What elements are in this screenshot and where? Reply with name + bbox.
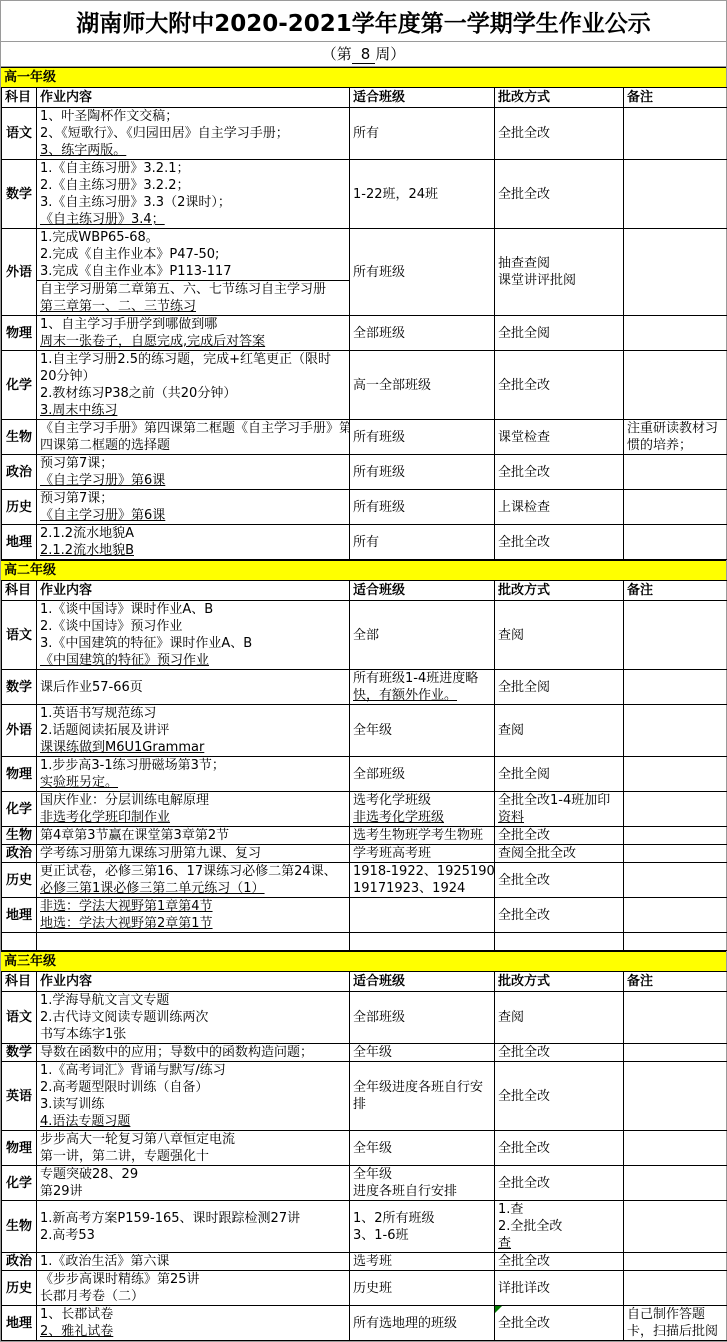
text-line: 全批全改: [495, 1175, 623, 1192]
text-line: 全批全改: [495, 1088, 623, 1105]
subject-cell: 政治: [2, 455, 37, 490]
subject-cell: 英语: [2, 1062, 37, 1131]
column-header: 适合班级: [350, 581, 495, 601]
text-line: 课堂检查: [495, 429, 623, 446]
table-row: 政治1.《政治生活》第六课选考班全批全改: [2, 1253, 727, 1271]
text-line: 查阅全批全改: [495, 845, 623, 862]
grade-sections: 高一年级科目作业内容适合班级批改方式备注语文1、叶圣陶杯作文交稿；2、《短歌行》…: [1, 67, 726, 1341]
text-line: 注重研读教材习: [624, 420, 727, 437]
homework-content-cell: 1、自主学习手册学到哪做到哪周末一张卷子，自愿完成,完成后对答案: [37, 316, 350, 351]
homework-content-cell: [37, 933, 350, 951]
text-line: 全年级: [350, 1044, 494, 1061]
note-cell: [624, 1131, 727, 1166]
table-row: 地理非选：学法大视野第1章第4节地选：学法大视野第2章第1节全批全改: [2, 898, 727, 933]
table-row: 化学1.自主学习册2.5的练习题，完成+红笔更正（限时20分钟）2.教材练习P3…: [2, 351, 727, 420]
classes-cell: 所有班级: [350, 490, 495, 525]
text-line: 1、叶圣陶杯作文交稿；: [37, 108, 349, 125]
text-line: 预习第7课；: [37, 490, 349, 507]
table-row: 数学导数在函数中的应用；导数中的函数构造问题；全年级全批全改: [2, 1044, 727, 1062]
classes-cell: 所有班级: [350, 455, 495, 490]
comment-flag-icon: [495, 1306, 502, 1313]
table-row: 化学国庆作业：分层训练电解原理非选考化学班印制作业选考化学班级非选考化学班级全批…: [2, 792, 727, 827]
content-block: 1.自主学习册2.5的练习题，完成+红笔更正（限时20分钟）2.教材练习P38之…: [37, 351, 349, 419]
note-cell: [624, 827, 727, 845]
text-line: 2.教材练习P38之前（共20分钟）: [37, 385, 349, 402]
text-line: 高一全部班级: [350, 377, 494, 394]
subject-cell: 地理: [2, 898, 37, 933]
text-line: 全批全改: [495, 464, 623, 481]
classes-cell: 全部: [350, 601, 495, 670]
text-line: 第29讲: [37, 1183, 349, 1200]
classes-cell: 所有: [350, 525, 495, 560]
text-line: 全批全改: [495, 827, 623, 844]
text-line: 全批全改: [495, 1315, 623, 1332]
text-line: 学考班高考班: [350, 845, 494, 862]
homework-content-cell: 国庆作业：分层训练电解原理非选考化学班印制作业: [37, 792, 350, 827]
text-line: 全批全改: [495, 1253, 623, 1270]
content-block: 1、叶圣陶杯作文交稿；2、《短歌行》、《归园田居》自主学习手册；3、练字两版。: [37, 108, 349, 159]
classes-cell: 全部班级: [350, 757, 495, 792]
classes-cell: 高一全部班级: [350, 351, 495, 420]
subject-cell: 语文: [2, 108, 37, 160]
subject-cell: 外语: [2, 705, 37, 757]
text-line: 自己制作答题: [624, 1306, 727, 1323]
text-line: 详批详改: [495, 1280, 623, 1297]
subject-cell: 历史: [2, 490, 37, 525]
table-row: [2, 933, 727, 951]
text-line: 3.《中国建筑的特征》课时作业A、B: [37, 635, 349, 652]
classes-cell: 全年级: [350, 705, 495, 757]
text-line: 全年级: [350, 1166, 494, 1183]
text-line: 进度各班自行安排: [350, 1183, 494, 1200]
classes-cell: 所有班级: [350, 420, 495, 455]
column-header: 科目: [2, 88, 37, 108]
text-line: 1.查: [495, 1201, 623, 1218]
text-line: 课堂讲评批阅: [495, 272, 623, 289]
text-line: 2.高考53: [37, 1227, 349, 1244]
text-line: 全批全改: [495, 186, 623, 203]
text-line: 排: [350, 1096, 494, 1113]
text-line: 1.《谈中国诗》课时作业A、B: [37, 601, 349, 618]
grading-cell: 全批全改: [495, 863, 624, 898]
classes-cell: 选考化学班级非选考化学班级: [350, 792, 495, 827]
content-block: 1、长郡试卷2、雅礼试卷: [37, 1306, 349, 1340]
grading-cell: 全批全改: [495, 827, 624, 845]
content-block: 2.1.2流水地貌A2.1.2流水地貌B: [37, 525, 349, 559]
classes-cell: 全部班级: [350, 316, 495, 351]
note-cell: [624, 1271, 727, 1306]
text-line: 所有班级: [350, 264, 494, 281]
subject-cell: 政治: [2, 1253, 37, 1271]
text-line: 查: [495, 1235, 623, 1252]
text-line: 19171923、1924: [350, 880, 494, 897]
table-row: 生物1.新高考方案P159-165、课时跟踪检测27讲2.高考531、2所有班级…: [2, 1201, 727, 1253]
content-block: 非选：学法大视野第1章第4节地选：学法大视野第2章第1节: [37, 898, 349, 932]
classes-cell: 所有班级1-4班进度略快，有额外作业。: [350, 670, 495, 705]
note-cell: [624, 1253, 727, 1271]
page-subtitle: （第8周）: [1, 42, 726, 67]
table-row: 地理1、长郡试卷2、雅礼试卷所有选地理的班级全批全改自己制作答题卡，扫描后批阅: [2, 1306, 727, 1341]
grading-cell: 全批全改: [495, 1131, 624, 1166]
text-line: 《自主练习册》3.4；: [37, 211, 349, 228]
text-line: 学考练习册第九课练习册第九课、复习: [37, 845, 349, 862]
text-line: 全批全改: [495, 872, 623, 889]
note-cell: [624, 525, 727, 560]
column-header: 备注: [624, 581, 727, 601]
text-line: 全批全阅: [495, 679, 623, 696]
text-line: 《中国建筑的特征》预习作业: [37, 652, 349, 669]
subtitle-prefix: （第: [322, 45, 352, 63]
text-line: 全批全阅: [495, 325, 623, 342]
text-line: 2.全批全改: [495, 1218, 623, 1235]
text-line: 上课检查: [495, 499, 623, 516]
content-block: 导数在函数中的应用；导数中的函数构造问题；: [37, 1044, 349, 1061]
content-block: 1.《自主练习册》3.2.1；2.《自主练习册》3.2.2；3.《自主练习册》3…: [37, 160, 349, 228]
text-line: 1.自主学习册2.5的练习题，完成+红笔更正（限时: [37, 351, 349, 368]
text-line: 卡，扫描后批阅: [624, 1323, 727, 1340]
table-row: 物理1.步步高3-1练习册磁场第3节；实验班另定。全部班级全批全阅: [2, 757, 727, 792]
classes-cell: 所有班级: [350, 229, 495, 316]
text-line: 查阅: [495, 1009, 623, 1026]
text-line: 1、自主学习手册学到哪做到哪: [37, 316, 349, 333]
column-header: 适合班级: [350, 88, 495, 108]
text-line: 全批全改: [495, 534, 623, 551]
text-line: 查阅: [495, 722, 623, 739]
grading-cell: 查阅: [495, 705, 624, 757]
homework-content-cell: 1、叶圣陶杯作文交稿；2、《短歌行》、《归园田居》自主学习手册；3、练字两版。: [37, 108, 350, 160]
text-line: 1.《自主练习册》3.2.1；: [37, 160, 349, 177]
text-line: 1918-1922、19251901-: [350, 863, 494, 880]
text-line: 3.读写训练: [37, 1096, 349, 1113]
text-line: 实验班另定。: [37, 774, 349, 791]
note-cell: [624, 863, 727, 898]
homework-content-cell: 1.《高考词汇》背诵与默写/练习2.高考题型限时训练（自备）3.读写训练4.语法…: [37, 1062, 350, 1131]
text-line: 更正试卷，必修三第16、17课练习必修二第24课、: [37, 863, 349, 880]
homework-content-cell: 1.学海导航文言文专题2.古代诗文阅读专题训练两次书写本练字1张: [37, 992, 350, 1044]
homework-content-cell: 《步步高课时精练》第25讲长郡月考卷（二）: [37, 1271, 350, 1306]
homework-content-cell: 1.自主学习册2.5的练习题，完成+红笔更正（限时20分钟）2.教材练习P38之…: [37, 351, 350, 420]
classes-cell: 1、2所有班级3、1-6班: [350, 1201, 495, 1253]
grading-cell: 全批全阅: [495, 757, 624, 792]
text-line: 3、练字两版。: [37, 142, 349, 159]
content-block: 1.《政治生活》第六课: [37, 1253, 349, 1270]
homework-content-cell: 非选：学法大视野第1章第4节地选：学法大视野第2章第1节: [37, 898, 350, 933]
subject-cell: 数学: [2, 160, 37, 229]
text-line: 第三章第一、二、三节练习: [37, 298, 349, 315]
homework-content-cell: 1.新高考方案P159-165、课时跟踪检测27讲2.高考53: [37, 1201, 350, 1253]
subtitle-suffix: 周）: [375, 45, 405, 63]
content-block: 《步步高课时精练》第25讲长郡月考卷（二）: [37, 1271, 349, 1305]
grading-cell: 全批全改: [495, 898, 624, 933]
note-cell: 自己制作答题卡，扫描后批阅: [624, 1306, 727, 1341]
note-cell: [624, 792, 727, 827]
text-line: 必修三第1课必修三第二单元练习（1）: [37, 880, 349, 897]
text-line: 1.《高考词汇》背诵与默写/练习: [37, 1062, 349, 1079]
content-block: 学考练习册第九课练习册第九课、复习: [37, 845, 349, 862]
text-line: 快，有额外作业。: [350, 687, 494, 704]
table-row: 英语1.《高考词汇》背诵与默写/练习2.高考题型限时训练（自备）3.读写训练4.…: [2, 1062, 727, 1131]
content-block: 1、自主学习手册学到哪做到哪周末一张卷子，自愿完成,完成后对答案: [37, 316, 349, 350]
text-line: 导数在函数中的应用；导数中的函数构造问题；: [37, 1044, 349, 1061]
table-row: 语文1.学海导航文言文专题2.古代诗文阅读专题训练两次书写本练字1张全部班级查阅: [2, 992, 727, 1044]
text-line: 所有班级1-4班进度略: [350, 670, 494, 687]
text-line: 1.步步高3-1练习册磁场第3节；: [37, 757, 349, 774]
text-line: 全部班级: [350, 1009, 494, 1026]
note-cell: [624, 933, 727, 951]
column-header-row: 科目作业内容适合班级批改方式备注: [2, 581, 727, 601]
text-line: 全批全改: [495, 377, 623, 394]
column-header: 备注: [624, 88, 727, 108]
note-cell: [624, 992, 727, 1044]
subject-cell: 数学: [2, 670, 37, 705]
content-block: 1.学海导航文言文专题2.古代诗文阅读专题训练两次书写本练字1张: [37, 992, 349, 1043]
content-block: 步步高大一轮复习第八章恒定电流第一讲，第二讲，专题强化十: [37, 1131, 349, 1165]
note-cell: [624, 757, 727, 792]
table-row: 语文1.《谈中国诗》课时作业A、B2.《谈中国诗》预习作业3.《中国建筑的特征》…: [2, 601, 727, 670]
grading-cell: 查阅全批全改: [495, 845, 624, 863]
table-row: 地理2.1.2流水地貌A2.1.2流水地貌B所有全批全改: [2, 525, 727, 560]
section-table-高三年级: 科目作业内容适合班级批改方式备注语文1.学海导航文言文专题2.古代诗文阅读专题训…: [1, 971, 727, 1341]
table-row: 语文1、叶圣陶杯作文交稿；2、《短歌行》、《归园田居》自主学习手册；3、练字两版…: [2, 108, 727, 160]
text-line: 2.高考题型限时训练（自备）: [37, 1079, 349, 1096]
text-line: 惯的培养；: [624, 437, 727, 454]
table-row: 外语1.完成WBP65-68。2.完成《自主作业本》P47-50;3.完成《自主…: [2, 229, 727, 316]
homework-content-cell: 1.英语书写规范练习2.话题阅读拓展及讲评课课练做到M6U1Grammar: [37, 705, 350, 757]
table-row: 生物第4章第3节赢在课堂第3章第2节选考生物班学考生物班全批全改: [2, 827, 727, 845]
subject-cell: 地理: [2, 1306, 37, 1341]
column-header: 作业内容: [37, 972, 350, 992]
text-line: 资料: [495, 809, 623, 826]
homework-content-cell: 课后作业57-66页: [37, 670, 350, 705]
text-line: 课后作业57-66页: [37, 679, 349, 696]
note-cell: [624, 455, 727, 490]
text-line: 1.学海导航文言文专题: [37, 992, 349, 1009]
classes-cell: [350, 898, 495, 933]
text-line: 全年级: [350, 1140, 494, 1157]
grading-cell: 全批全改: [495, 351, 624, 420]
content-block: 自主学习册第二章第五、六、七节练习自主学习册第三章第一、二、三节练习: [37, 280, 349, 315]
homework-content-cell: 1.《自主练习册》3.2.1；2.《自主练习册》3.2.2；3.《自主练习册》3…: [37, 160, 350, 229]
grading-cell: 全批全改: [495, 1062, 624, 1131]
subject-cell: [2, 933, 37, 951]
table-row: 历史预习第7课；《自主学习册》第6课所有班级上课检查: [2, 490, 727, 525]
text-line: 所有班级: [350, 464, 494, 481]
column-header: 批改方式: [495, 581, 624, 601]
homework-content-cell: 1.步步高3-1练习册磁场第3节；实验班另定。: [37, 757, 350, 792]
content-block: 1.步步高3-1练习册磁场第3节；实验班另定。: [37, 757, 349, 791]
text-line: 《自主学习册》第6课: [37, 507, 349, 524]
content-block: 1.英语书写规范练习2.话题阅读拓展及讲评课课练做到M6U1Grammar: [37, 705, 349, 756]
text-line: 3.周末中练习: [37, 402, 349, 419]
note-cell: [624, 898, 727, 933]
grading-cell: 全批全改: [495, 1306, 624, 1341]
text-line: 1-22班，24班: [350, 186, 494, 203]
text-line: 第一讲，第二讲，专题强化十: [37, 1148, 349, 1165]
homework-content-cell: 预习第7课；《自主学习册》第6课: [37, 490, 350, 525]
classes-cell: 全年级进度各班自行安排: [350, 1166, 495, 1201]
note-cell: [624, 670, 727, 705]
grading-cell: 全批全改: [495, 1166, 624, 1201]
subject-cell: 外语: [2, 229, 37, 316]
note-cell: [624, 845, 727, 863]
subject-cell: 物理: [2, 757, 37, 792]
homework-content-cell: 预习第7课；《自主学习册》第6课: [37, 455, 350, 490]
text-line: 课课练做到M6U1Grammar: [37, 739, 349, 756]
section-table-高一年级: 科目作业内容适合班级批改方式备注语文1、叶圣陶杯作文交稿；2、《短歌行》、《归园…: [1, 87, 727, 560]
grading-cell: 全批全阅: [495, 670, 624, 705]
grading-cell: 全批全改1-4班加印资料: [495, 792, 624, 827]
text-line: 全批全改: [495, 907, 623, 924]
note-cell: [624, 601, 727, 670]
note-cell: [624, 229, 727, 316]
text-line: 所有班级: [350, 429, 494, 446]
text-line: 2.完成《自主作业本》P47-50;: [37, 246, 349, 263]
text-line: 步步高大一轮复习第八章恒定电流: [37, 1131, 349, 1148]
text-line: 专题突破28、29: [37, 1166, 349, 1183]
text-line: 1、2所有班级: [350, 1210, 494, 1227]
content-block: 课后作业57-66页: [37, 679, 349, 696]
text-line: 2.《自主练习册》3.2.2；: [37, 177, 349, 194]
homework-content-cell: 2.1.2流水地貌A2.1.2流水地貌B: [37, 525, 350, 560]
column-header-row: 科目作业内容适合班级批改方式备注: [2, 88, 727, 108]
subject-cell: 化学: [2, 1166, 37, 1201]
text-line: 长郡月考卷（二）: [37, 1288, 349, 1305]
table-row: 政治预习第7课；《自主学习册》第6课所有班级全批全改: [2, 455, 727, 490]
note-cell: [624, 316, 727, 351]
homework-content-cell: 导数在函数中的应用；导数中的函数构造问题；: [37, 1044, 350, 1062]
column-header-row: 科目作业内容适合班级批改方式备注: [2, 972, 727, 992]
text-line: 1.英语书写规范练习: [37, 705, 349, 722]
text-line: 全批全改: [495, 125, 623, 142]
content-block: 《自主学习手册》第四课第二框题《自主学习手册》第四课第二框题的选择题: [37, 420, 349, 454]
content-block: 专题突破28、29第29讲: [37, 1166, 349, 1200]
grading-cell: 全批全改: [495, 1044, 624, 1062]
text-line: 2.《谈中国诗》预习作业: [37, 618, 349, 635]
text-line: 2、雅礼试卷: [37, 1323, 349, 1340]
classes-cell: 所有: [350, 108, 495, 160]
column-header: 备注: [624, 972, 727, 992]
text-line: 全年级进度各班自行安: [350, 1079, 494, 1096]
note-cell: [624, 351, 727, 420]
note-cell: [624, 1062, 727, 1131]
grading-cell: 抽查查阅课堂讲评批阅: [495, 229, 624, 316]
text-line: 全批全改: [495, 1140, 623, 1157]
text-line: 3.完成《自主作业本》P113-117: [37, 263, 349, 280]
text-line: 自主学习册第二章第五、六、七节练习自主学习册: [37, 281, 349, 298]
text-line: 四课第二框题的选择题: [37, 437, 349, 454]
classes-cell: 全部班级: [350, 992, 495, 1044]
text-line: 所有: [350, 534, 494, 551]
text-line: 所有班级: [350, 499, 494, 516]
table-row: 历史更正试卷，必修三第16、17课练习必修二第24课、必修三第1课必修三第二单元…: [2, 863, 727, 898]
text-line: 20分钟）: [37, 368, 349, 385]
table-row: 数学1.《自主练习册》3.2.1；2.《自主练习册》3.2.2；3.《自主练习册…: [2, 160, 727, 229]
subject-cell: 数学: [2, 1044, 37, 1062]
text-line: 《步步高课时精练》第25讲: [37, 1271, 349, 1288]
homework-content-cell: 1、长郡试卷2、雅礼试卷: [37, 1306, 350, 1341]
classes-cell: 1-22班，24班: [350, 160, 495, 229]
text-line: 选考化学班级: [350, 792, 494, 809]
table-row: 外语1.英语书写规范练习2.话题阅读拓展及讲评课课练做到M6U1Grammar全…: [2, 705, 727, 757]
subject-cell: 地理: [2, 525, 37, 560]
homework-content-cell: 学考练习册第九课练习册第九课、复习: [37, 845, 350, 863]
grading-cell: 详批详改: [495, 1271, 624, 1306]
text-line: 4.语法专题习题: [37, 1113, 349, 1130]
text-line: 1.新高考方案P159-165、课时跟踪检测27讲: [37, 1210, 349, 1227]
homework-content-cell: 《自主学习手册》第四课第二框题《自主学习手册》第四课第二框题的选择题: [37, 420, 350, 455]
page-title: 湖南师大附中2020-2021学年度第一学期学生作业公示: [1, 1, 726, 42]
column-header: 适合班级: [350, 972, 495, 992]
homework-content-cell: 1.完成WBP65-68。2.完成《自主作业本》P47-50;3.完成《自主作业…: [37, 229, 350, 316]
table-row: 数学课后作业57-66页所有班级1-4班进度略快，有额外作业。全批全阅: [2, 670, 727, 705]
section-header-高三年级: 高三年级: [1, 951, 726, 972]
classes-cell: 1918-1922、19251901-19171923、1924: [350, 863, 495, 898]
subject-cell: 化学: [2, 792, 37, 827]
text-line: 第4章第3节赢在课堂第3章第2节: [37, 827, 349, 844]
section-header-高二年级: 高二年级: [1, 560, 726, 581]
text-line: 全部班级: [350, 766, 494, 783]
content-block: 1.新高考方案P159-165、课时跟踪检测27讲2.高考53: [37, 1210, 349, 1244]
text-line: 全批全改: [495, 1044, 623, 1061]
note-cell: [624, 108, 727, 160]
text-line: 非选考化学班级: [350, 809, 494, 826]
text-line: 全部班级: [350, 325, 494, 342]
subject-cell: 语文: [2, 992, 37, 1044]
grading-cell: 全批全阅: [495, 316, 624, 351]
note-cell: [624, 490, 727, 525]
content-block: 第4章第3节赢在课堂第3章第2节: [37, 827, 349, 844]
text-line: 2、《短歌行》、《归园田居》自主学习手册；: [37, 125, 349, 142]
text-line: 所有选地理的班级: [350, 1315, 494, 1332]
homework-content-cell: 1.《谈中国诗》课时作业A、B2.《谈中国诗》预习作业3.《中国建筑的特征》课时…: [37, 601, 350, 670]
column-header: 作业内容: [37, 88, 350, 108]
note-cell: [624, 160, 727, 229]
text-line: 预习第7课；: [37, 455, 349, 472]
content-block: 预习第7课；《自主学习册》第6课: [37, 490, 349, 524]
subject-cell: 生物: [2, 420, 37, 455]
note-cell: 注重研读教材习惯的培养；: [624, 420, 727, 455]
content-block: 1.《谈中国诗》课时作业A、B2.《谈中国诗》预习作业3.《中国建筑的特征》课时…: [37, 601, 349, 669]
table-row: 政治学考练习册第九课练习册第九课、复习学考班高考班查阅全批全改: [2, 845, 727, 863]
section-table-高二年级: 科目作业内容适合班级批改方式备注语文1.《谈中国诗》课时作业A、B2.《谈中国诗…: [1, 580, 727, 951]
column-header: 科目: [2, 972, 37, 992]
text-line: 全年级: [350, 722, 494, 739]
text-line: 全部: [350, 627, 494, 644]
table-row: 物理步步高大一轮复习第八章恒定电流第一讲，第二讲，专题强化十全年级全批全改: [2, 1131, 727, 1166]
text-line: 3、1-6班: [350, 1227, 494, 1244]
subject-cell: 生物: [2, 1201, 37, 1253]
grading-cell: 全批全改: [495, 525, 624, 560]
text-line: 2.话题阅读拓展及讲评: [37, 722, 349, 739]
subject-cell: 化学: [2, 351, 37, 420]
grading-cell: [495, 933, 624, 951]
grading-cell: 全批全改: [495, 455, 624, 490]
classes-cell: 全年级进度各班自行安排: [350, 1062, 495, 1131]
table-row: 化学专题突破28、29第29讲全年级进度各班自行安排全批全改: [2, 1166, 727, 1201]
text-line: 2.1.2流水地貌A: [37, 525, 349, 542]
text-line: 历史班: [350, 1280, 494, 1297]
text-line: 书写本练字1张: [37, 1026, 349, 1043]
grading-cell: 查阅: [495, 601, 624, 670]
text-line: 所有: [350, 125, 494, 142]
note-cell: [624, 1166, 727, 1201]
text-line: 1、长郡试卷: [37, 1306, 349, 1323]
column-header: 批改方式: [495, 972, 624, 992]
classes-cell: 所有选地理的班级: [350, 1306, 495, 1341]
classes-cell: 学考班高考班: [350, 845, 495, 863]
column-header: 科目: [2, 581, 37, 601]
grading-cell: 全批全改: [495, 1253, 624, 1271]
